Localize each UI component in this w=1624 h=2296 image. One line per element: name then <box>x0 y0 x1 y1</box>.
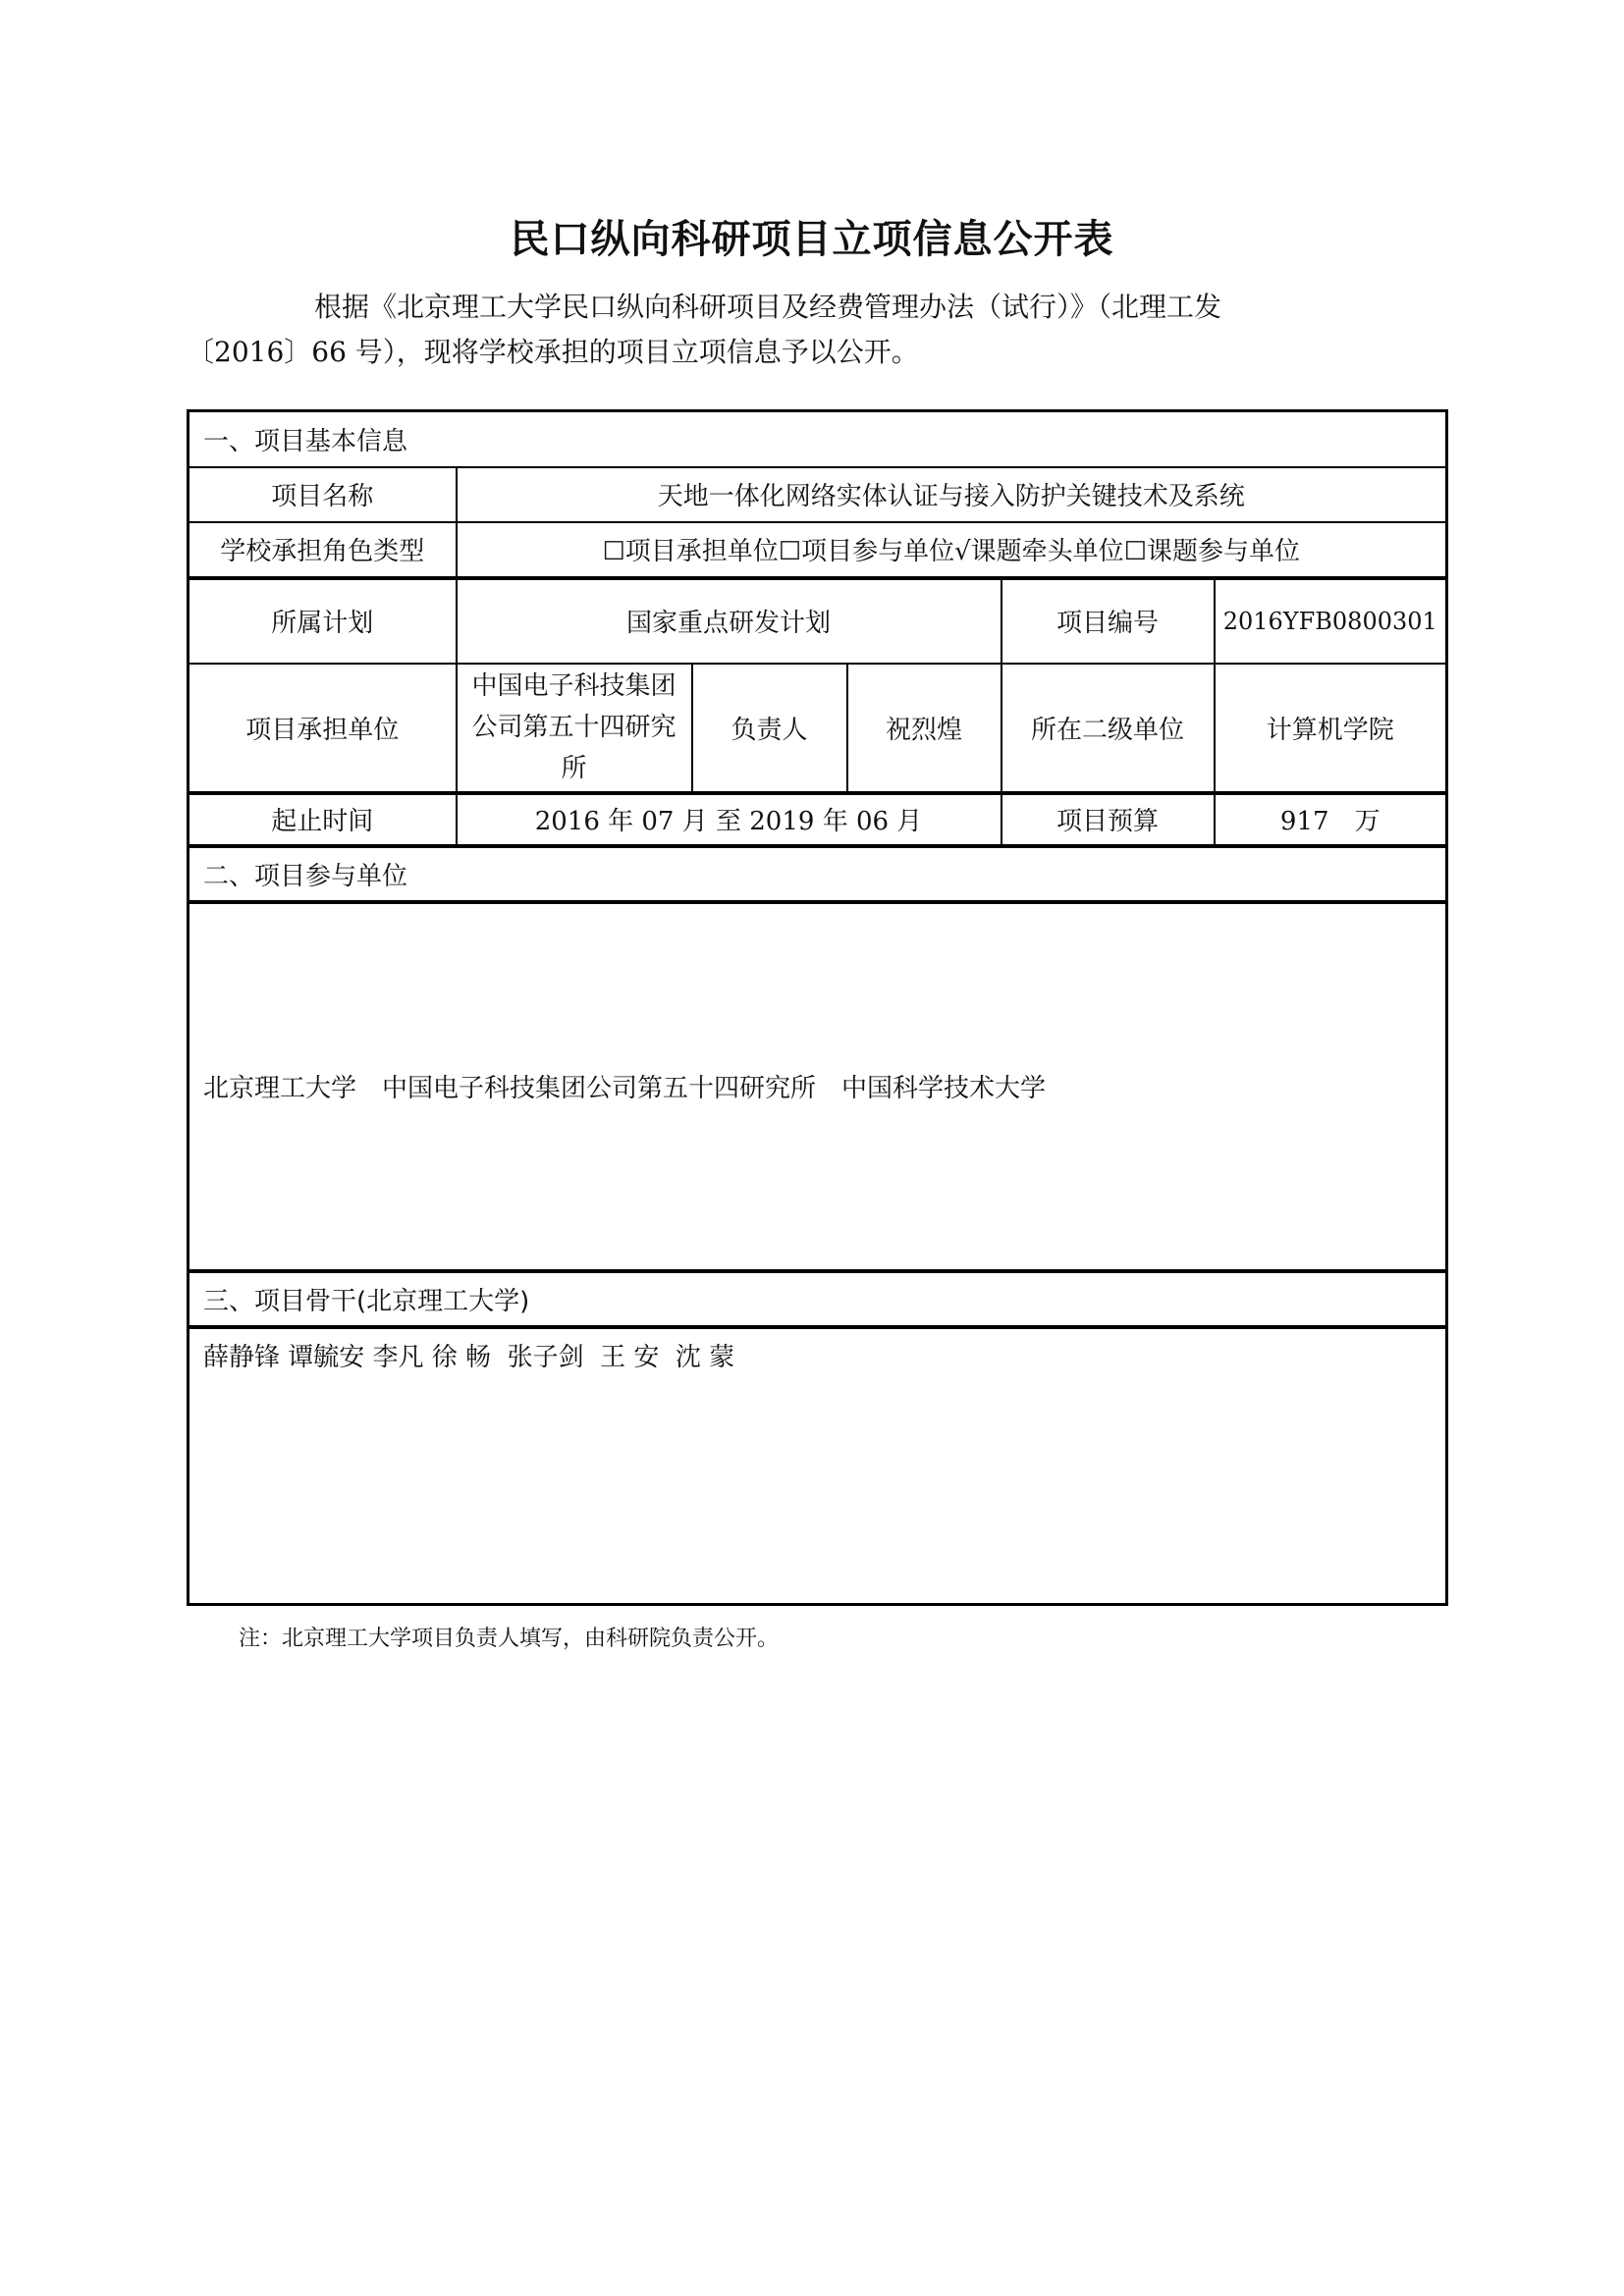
intro-paragraph: 根据《北京理工大学民口纵向科研项目及经费管理办法（试行）》（北理工发 〔2016… <box>187 285 1453 375</box>
period-label: 起止时间 <box>189 793 457 846</box>
budget-amount: 917 <box>1280 807 1329 836</box>
project-name-value: 天地一体化网络实体认证与接入防护关键技术及系统 <box>457 467 1447 522</box>
department-label: 所在二级单位 <box>1001 664 1215 793</box>
leader-value: 祝烈煌 <box>847 664 1001 793</box>
participant-units: 北京理工大学中国电子科技集团公司第五十四研究所中国科学技术大学 <box>189 902 1447 1271</box>
budget-unit: 万 <box>1355 807 1380 836</box>
key-members-list: 薛静锋 谭毓安 李凡 徐 畅 张子剑 王 安 沈 蒙 <box>189 1327 1447 1605</box>
undertaker-label: 项目承担单位 <box>189 664 457 793</box>
budget-value: 917万 <box>1215 793 1447 846</box>
participant-unit: 中国科学技术大学 <box>841 1074 1046 1103</box>
undertaker-value: 中国电子科技集团公司第五十四研究所 <box>457 664 692 793</box>
undertaker-text: 中国电子科技集团公司第五十四研究所 <box>458 666 691 789</box>
participant-unit: 中国电子科技集团公司第五十四研究所 <box>382 1074 816 1103</box>
role-type-value: ☐项目承担单位☐项目参与单位√课题牵头单位☐课题参与单位 <box>457 522 1447 578</box>
department-value: 计算机学院 <box>1215 664 1447 793</box>
footer-note: 注：北京理工大学项目负责人填写，由科研院负责公开。 <box>239 1622 779 1652</box>
section-participants-heading: 二、项目参与单位 <box>189 846 1447 902</box>
project-name-label: 项目名称 <box>189 467 457 522</box>
project-number-text: 2016YFB0800301 <box>1216 602 1446 641</box>
plan-value: 国家重点研发计划 <box>457 578 1001 664</box>
project-number-value: 2016YFB0800301 <box>1215 578 1447 664</box>
project-info-table: 一、项目基本信息 项目名称 天地一体化网络实体认证与接入防护关键技术及系统 学校… <box>187 409 1448 1606</box>
role-type-label: 学校承担角色类型 <box>189 522 457 578</box>
project-number-label: 项目编号 <box>1001 578 1215 664</box>
intro-line-2: 〔2016〕66 号），现将学校承担的项目立项信息予以公开。 <box>187 330 1453 375</box>
section-basic-info-heading: 一、项目基本信息 <box>189 411 1447 467</box>
section-key-members-heading: 三、项目骨干(北京理工大学) <box>189 1271 1447 1327</box>
plan-label: 所属计划 <box>189 578 457 664</box>
intro-line-1: 根据《北京理工大学民口纵向科研项目及经费管理办法（试行）》（北理工发 <box>187 285 1453 330</box>
page-title: 民口纵向科研项目立项信息公开表 <box>0 208 1624 264</box>
leader-label: 负责人 <box>692 664 847 793</box>
budget-label: 项目预算 <box>1001 793 1215 846</box>
participant-unit: 北京理工大学 <box>203 1074 356 1103</box>
period-value: 2016 年 07 月 至 2019 年 06 月 <box>457 793 1001 846</box>
